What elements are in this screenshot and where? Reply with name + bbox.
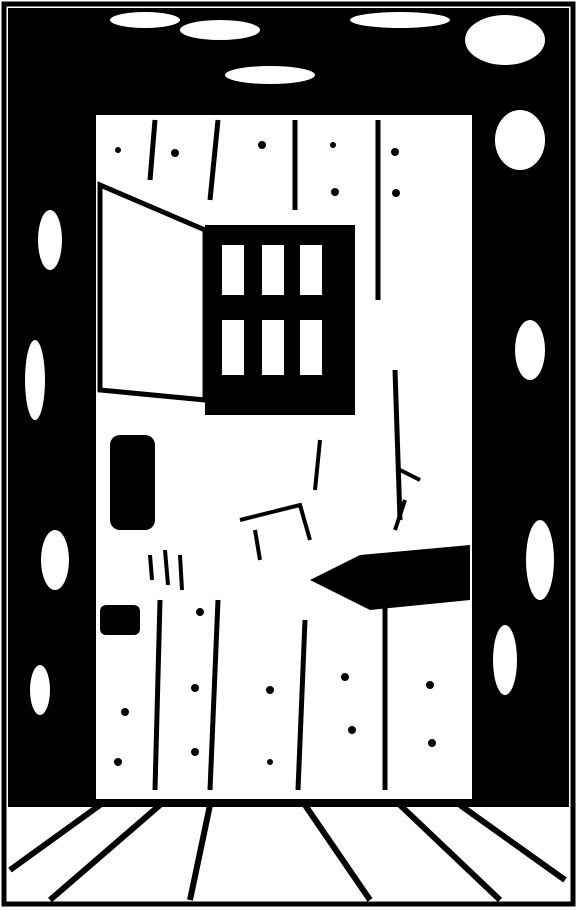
lock-plate: [110, 435, 155, 530]
door-handle: [100, 605, 140, 635]
door-illustration: [0, 0, 577, 910]
